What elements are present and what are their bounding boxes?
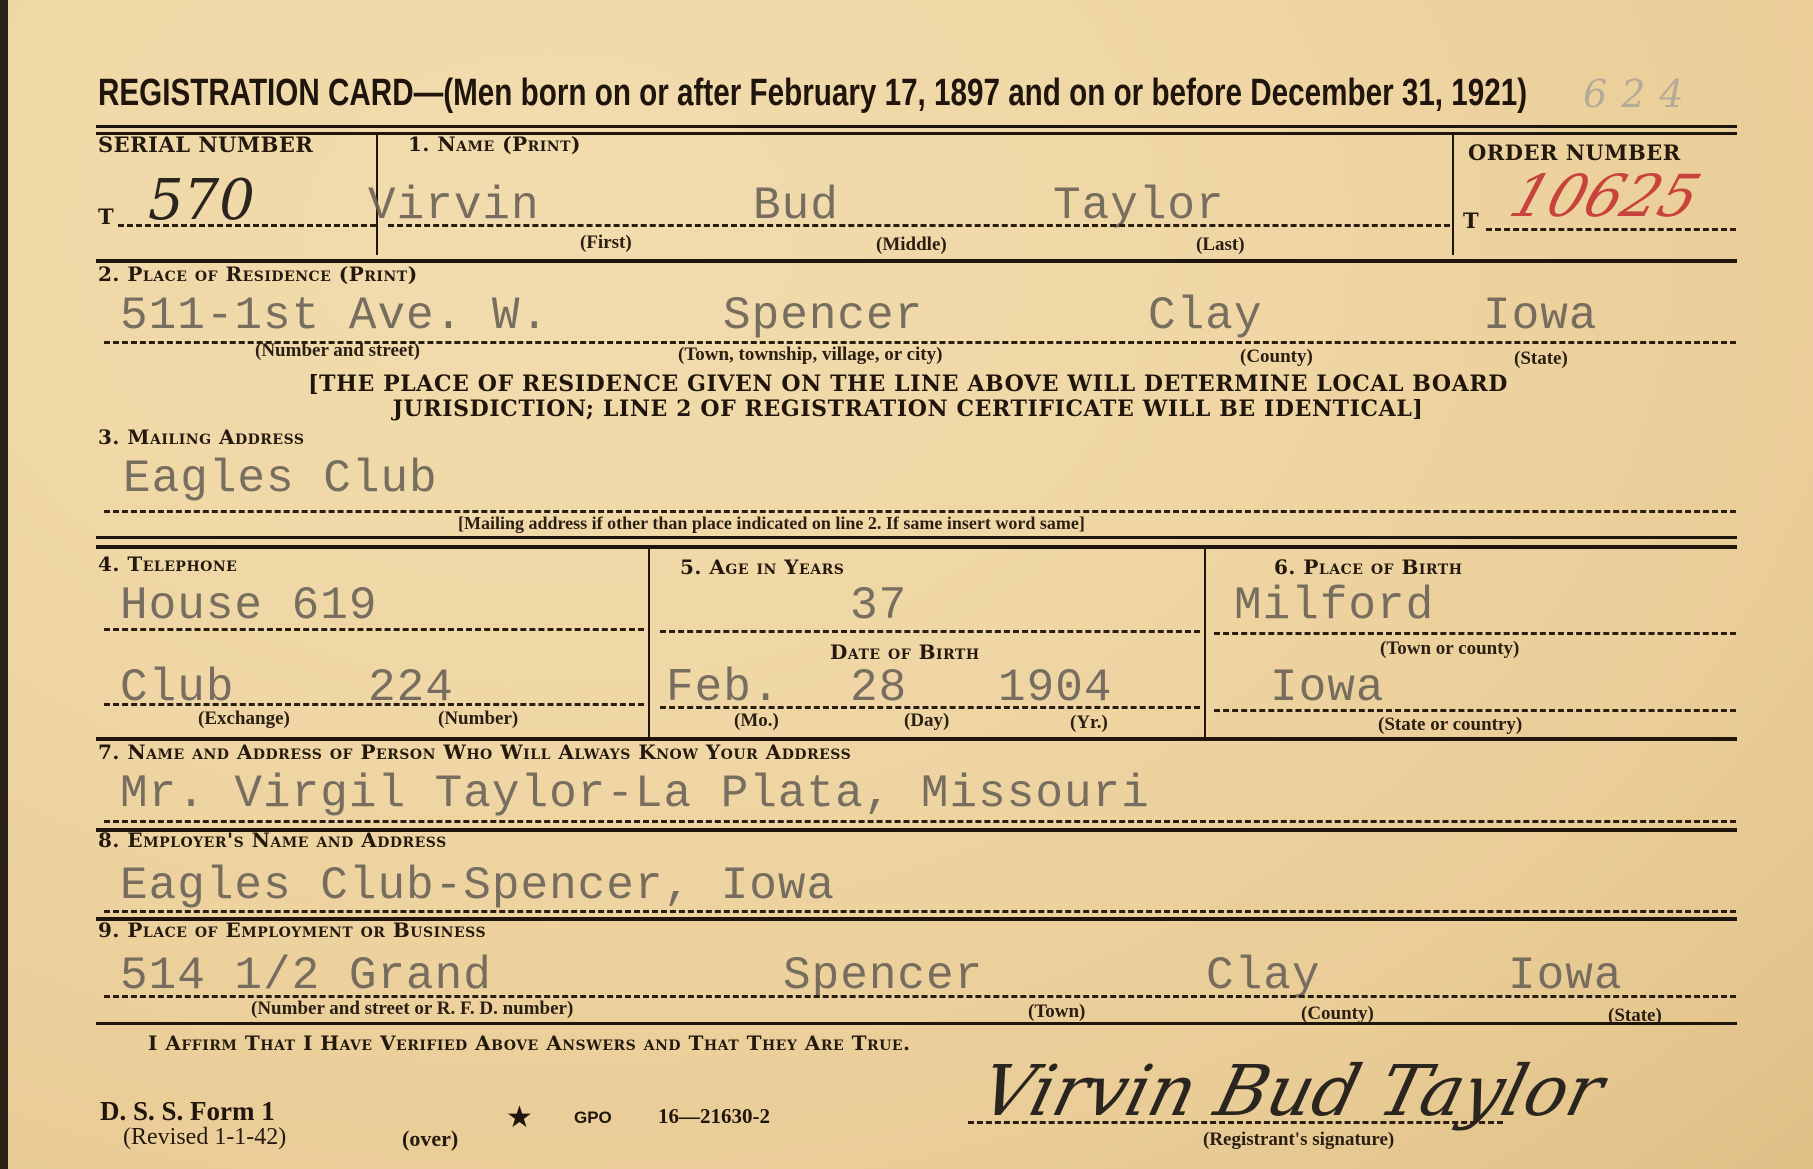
- residence-notice-line2: JURISDICTION; LINE 2 OF REGISTRATION CER…: [108, 396, 1708, 422]
- row9-rule: [96, 1022, 1737, 1025]
- mailing-label: 3. Mailing Address: [98, 425, 305, 449]
- contact-person-label: 7. Name and Address of Person Who Will A…: [98, 740, 851, 764]
- telephone-label: 4. Telephone: [98, 552, 237, 576]
- signature-label: (Registrant's signature): [1203, 1129, 1394, 1151]
- employer-label: 8. Employer's Name and Address: [98, 828, 447, 852]
- title-rule-top: [96, 125, 1737, 128]
- registrant-signature: Virvin Bud Taylor: [973, 1050, 1612, 1132]
- name-label: 1. Name (Print): [408, 132, 581, 156]
- name-first-label: (First): [580, 232, 632, 254]
- serial-prefix: T: [98, 204, 114, 229]
- title-rule-bottom: [96, 132, 1737, 135]
- mailing-rule-top: [96, 536, 1737, 539]
- telephone-dashed-line1: [104, 628, 644, 631]
- signature-dashed-line: [968, 1121, 1503, 1124]
- name-dashed-line: [388, 224, 1450, 227]
- mailing-value: Eagles Club: [123, 453, 438, 505]
- employment-town-label: (Town): [1028, 1001, 1085, 1023]
- birthplace-state: Iowa: [1270, 662, 1384, 714]
- serial-dashed-line: [118, 224, 376, 227]
- employer-dashed-line: [104, 910, 1736, 913]
- residence-street-label: (Number and street): [255, 340, 420, 362]
- birthplace-town-label: (Town or county): [1380, 638, 1519, 660]
- col-divider-2: [1204, 549, 1206, 737]
- residence-county-label: (County): [1240, 346, 1313, 368]
- birthplace-town: Milford: [1234, 580, 1434, 632]
- card-title: REGISTRATION CARD—(Men born on or after …: [98, 72, 1527, 115]
- age-label: 5. Age in Years: [680, 555, 844, 579]
- residence-state-label: (State): [1514, 348, 1568, 370]
- order-dashed-line: [1486, 228, 1736, 231]
- birthplace-label: 6. Place of Birth: [1274, 555, 1462, 579]
- employment-place-label: 9. Place of Employment or Business: [98, 918, 486, 942]
- mailing-note: [Mailing address if other than place ind…: [458, 513, 1085, 534]
- dob-year-label: (Yr.): [1070, 712, 1108, 734]
- col-divider-1: [648, 549, 650, 737]
- residence-street: 511-1st Ave. W.: [120, 290, 549, 342]
- dob-label: Date of Birth: [830, 640, 980, 664]
- birthplace-dashed-line1: [1214, 632, 1736, 635]
- birthplace-dashed-line2: [1214, 709, 1736, 712]
- dob-month-label: (Mo.): [734, 710, 779, 732]
- age-dashed-line: [660, 630, 1200, 633]
- name-middle-label: (Middle): [876, 234, 947, 256]
- contact-person-value: Mr. Virgil Taylor-La Plata, Missouri: [120, 768, 1150, 820]
- name-last-label: (Last): [1196, 234, 1245, 256]
- dob-day-label: (Day): [904, 710, 949, 732]
- residence-label: 2. Place of Residence (Print): [98, 262, 418, 286]
- residence-town: Spencer: [723, 290, 923, 342]
- birthplace-state-label: (State or country): [1378, 714, 1522, 736]
- order-prefix: T: [1463, 208, 1479, 233]
- telephone-exchange: Club: [120, 662, 234, 714]
- form-revised: (Revised 1-1-42): [123, 1124, 286, 1151]
- residence-county: Clay: [1148, 290, 1262, 342]
- affirmation-text: I Affirm That I Have Verified Above Answ…: [148, 1031, 910, 1055]
- order-divider: [1452, 135, 1454, 255]
- gpo-number: 16—21630-2: [658, 1104, 770, 1129]
- dob-dashed-line: [660, 706, 1200, 709]
- registration-card: REGISTRATION CARD—(Men born on or after …: [8, 0, 1813, 1169]
- employment-street-label: (Number and street or R. F. D. number): [251, 998, 573, 1020]
- employer-value: Eagles Club-Spencer, Iowa: [120, 860, 835, 912]
- pencil-note: 624: [1583, 72, 1698, 116]
- residence-state: Iowa: [1483, 290, 1597, 342]
- serial-number-label: SERIAL NUMBER: [98, 132, 313, 157]
- residence-town-label: (Town, township, village, or city): [678, 344, 942, 366]
- order-number-value: 10625: [1502, 162, 1709, 230]
- gpo-label: GPO: [574, 1108, 612, 1128]
- residence-notice-line1: [THE PLACE OF RESIDENCE GIVEN ON THE LIN…: [108, 371, 1708, 397]
- star-icon: ★: [506, 1100, 533, 1135]
- telephone-line1: House 619: [120, 580, 377, 632]
- telephone-dashed-line2: [104, 703, 644, 706]
- over-note: (over): [402, 1126, 458, 1152]
- contact-dashed-line: [104, 820, 1736, 823]
- mailing-rule-bottom: [96, 545, 1737, 549]
- telephone-number-label: (Number): [438, 708, 518, 730]
- form-number: D. S. S. Form 1: [100, 1096, 275, 1127]
- telephone-number: 224: [368, 662, 454, 714]
- age-value: 37: [850, 580, 907, 632]
- telephone-exchange-label: (Exchange): [198, 708, 290, 730]
